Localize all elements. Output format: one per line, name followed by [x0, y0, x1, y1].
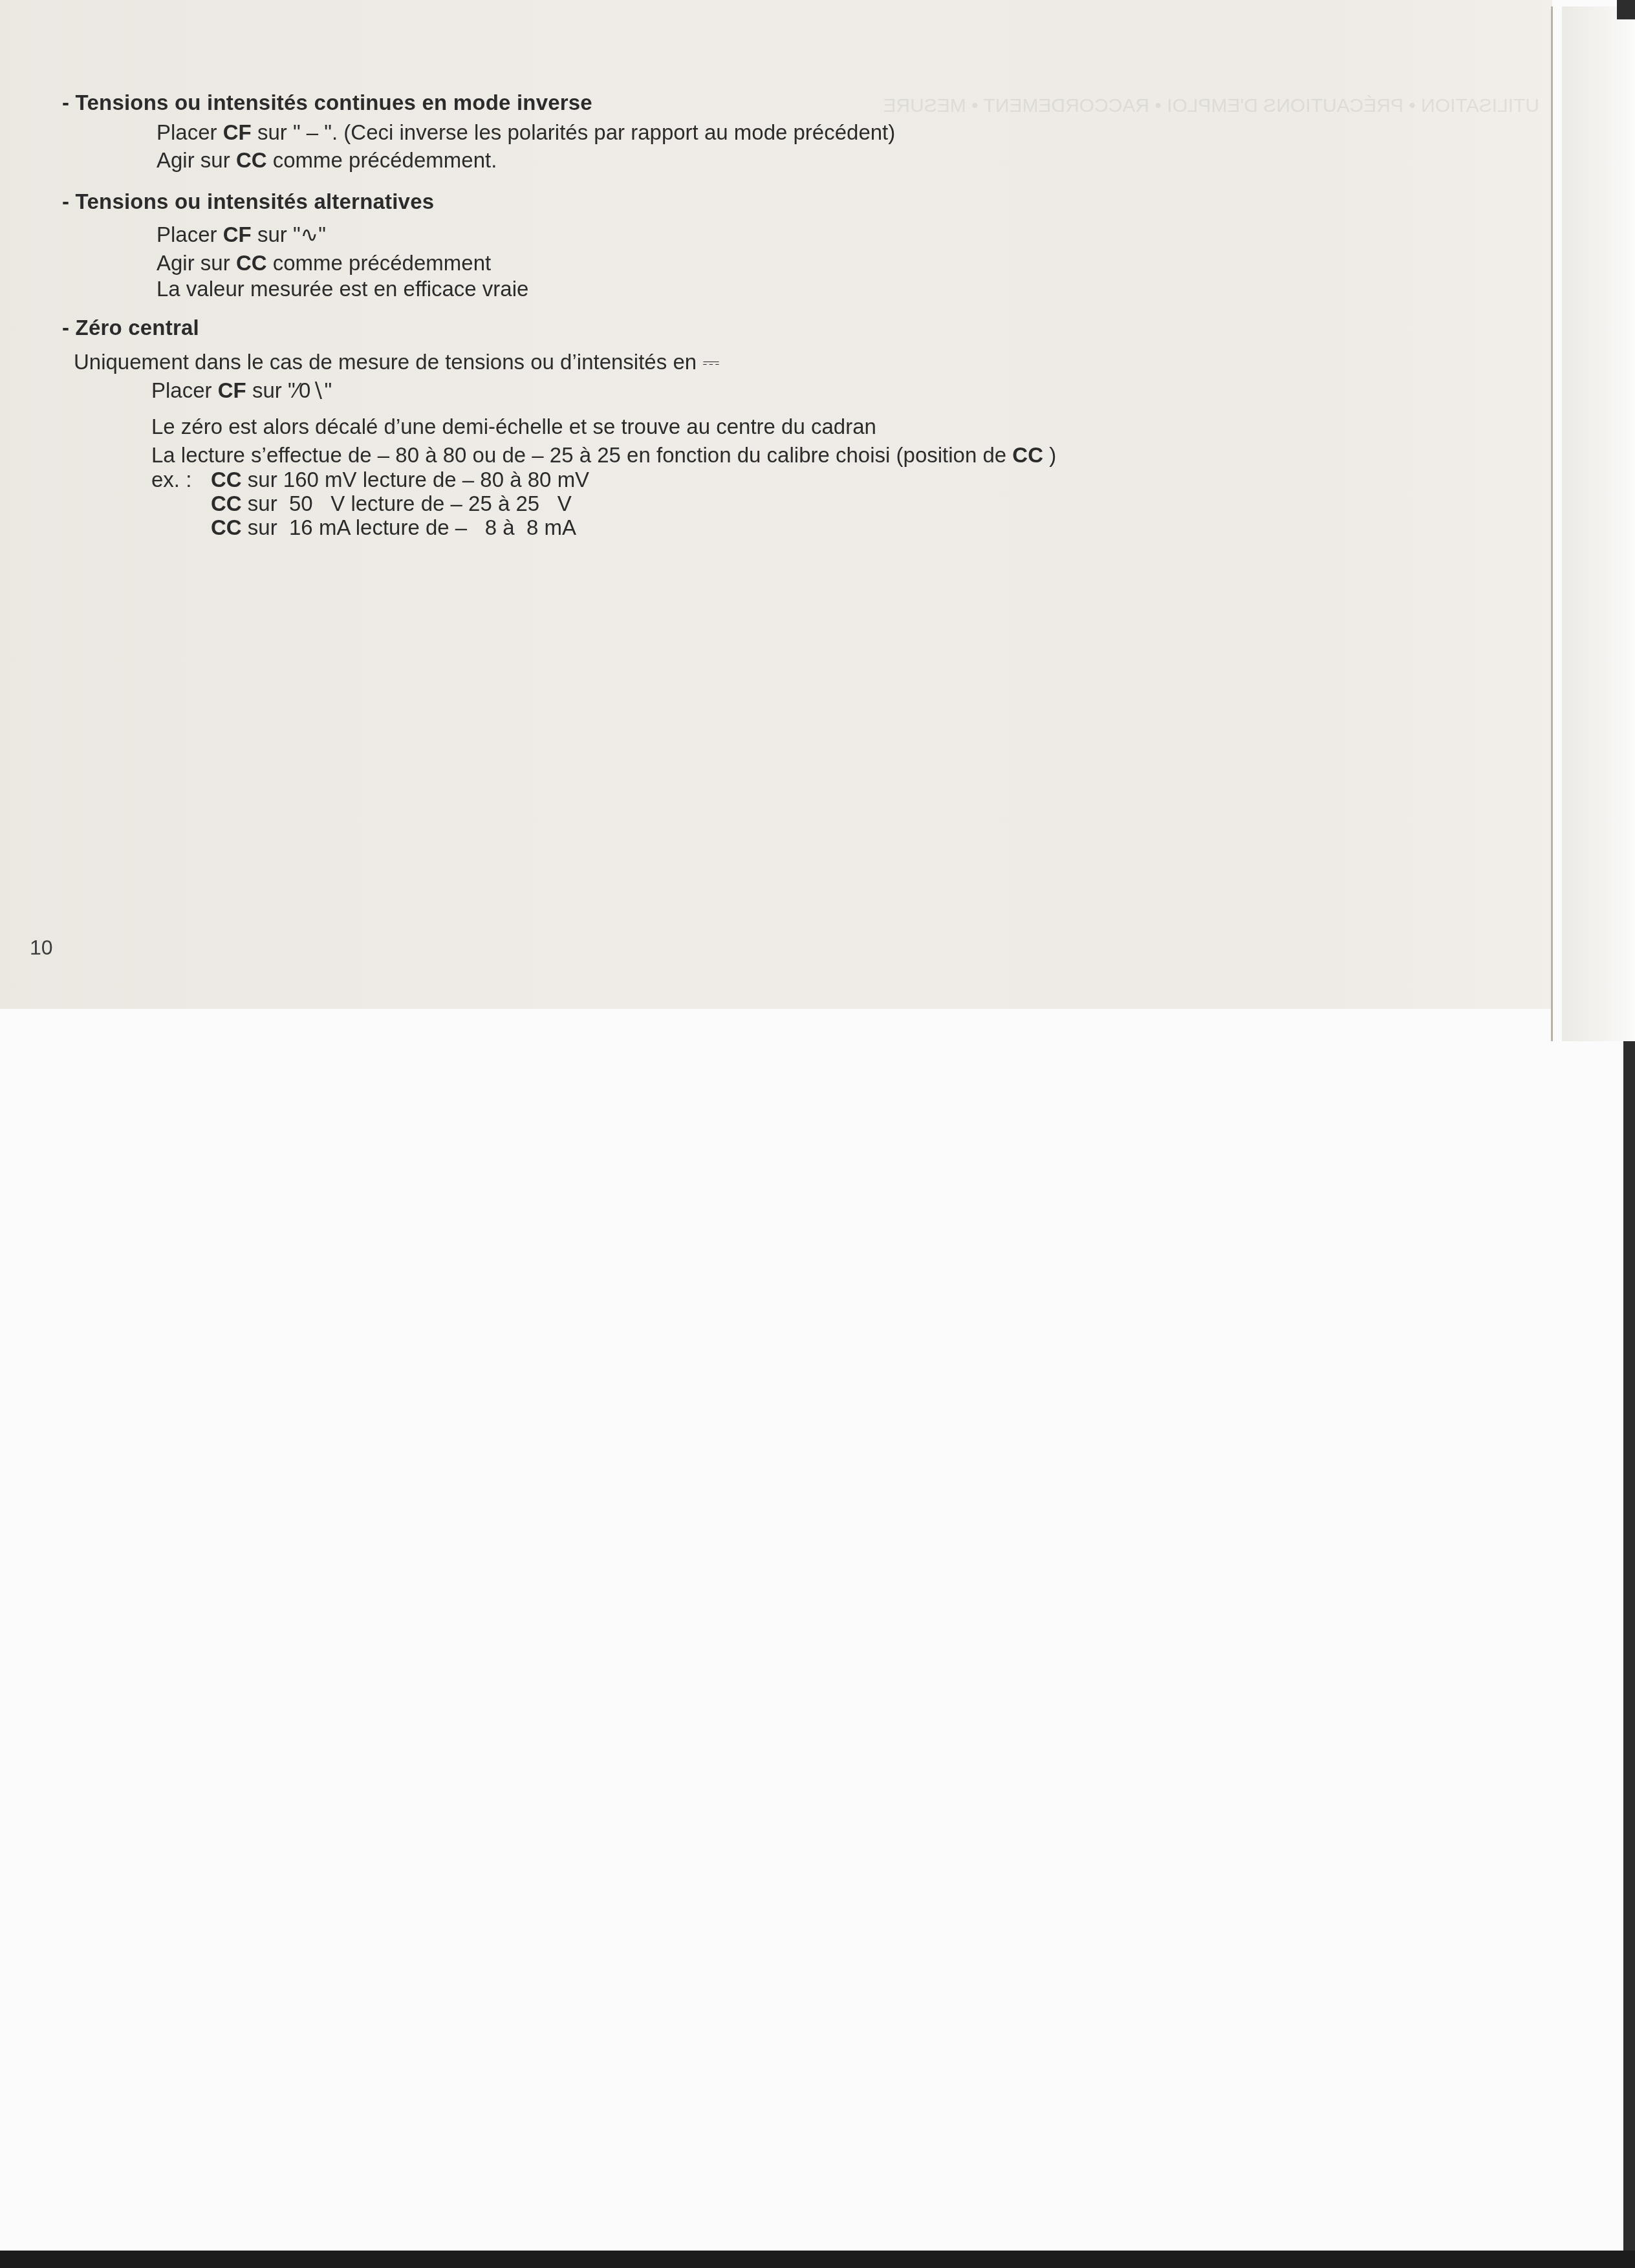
instruction-line: Agir sur CC comme précédemment. — [157, 148, 497, 173]
example-line: CC sur 160 mV lecture de – 80 à 80 mV — [211, 468, 589, 492]
scanner-edge — [1617, 0, 1635, 19]
examples-label: ex. : — [151, 468, 191, 492]
instruction-line: Agir sur CC comme précédemment — [157, 251, 491, 275]
instruction-line: La valeur mesurée est en efficace vraie — [157, 277, 528, 301]
instruction-line: Placer CF sur "∿" — [157, 222, 326, 247]
example-line: CC sur 16 mA lecture de – 8 à 8 mA — [211, 515, 576, 540]
page-fold — [1551, 6, 1553, 1041]
facing-page-edge — [1562, 6, 1635, 1041]
section-intro: Uniquement dans le cas de mesure de tens… — [74, 350, 720, 375]
instruction-line: Le zéro est alors décalé d’une demi-éche… — [151, 415, 876, 439]
section-heading: - Tensions ou intensités alternatives — [62, 189, 434, 214]
instruction-line: Placer CF sur " – ". (Ceci inverse les p… — [157, 120, 895, 145]
page-number: 10 — [30, 936, 53, 960]
instruction-line: La lecture s’effectue de – 80 à 80 ou de… — [151, 443, 1056, 468]
section-heading: - Zéro central — [62, 316, 199, 340]
example-line: CC sur 50 V lecture de – 25 à 25 V — [211, 491, 572, 516]
scanner-edge — [1623, 1041, 1635, 2268]
scanner-edge — [0, 2251, 1635, 2268]
instruction-line: Placer CF sur "⁄0∖" — [151, 378, 332, 403]
section-heading: - Tensions ou intensités continues en mo… — [62, 91, 592, 115]
